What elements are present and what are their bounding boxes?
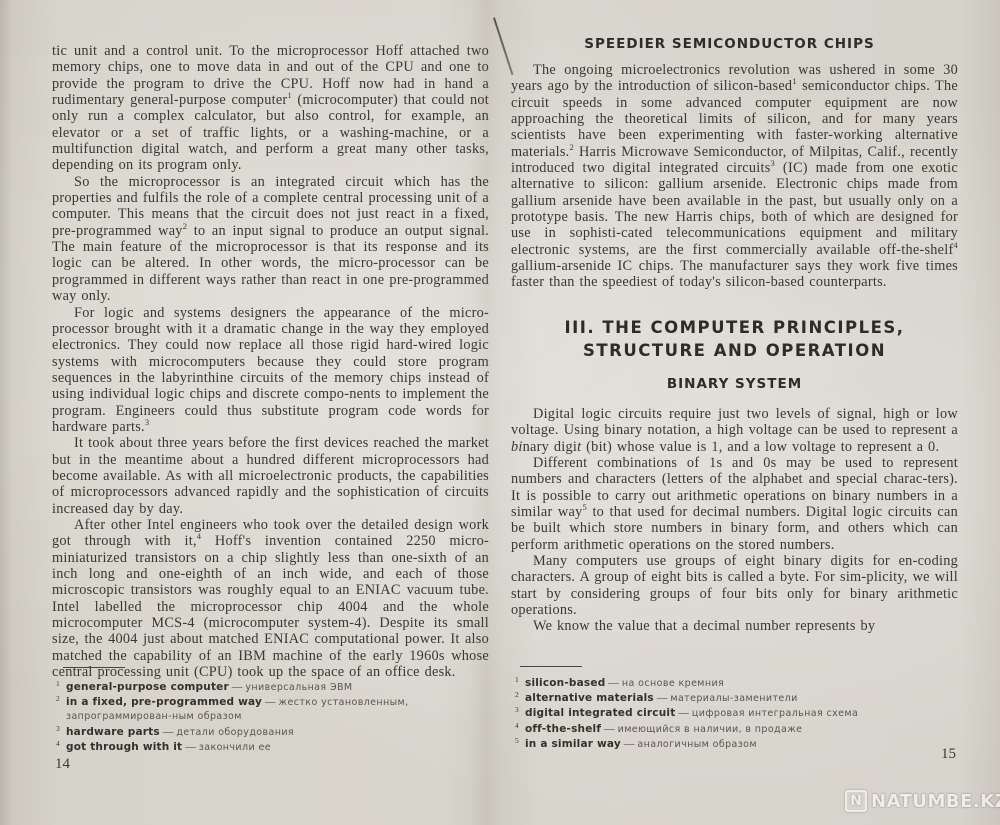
footnote-term: alternative materials: [525, 692, 654, 704]
footnote: 2in a fixed, pre-programmed way—жестко у…: [56, 695, 496, 724]
paragraph: We know the value that a decimal number …: [511, 618, 958, 634]
footnote-term: off-the-shelf: [525, 723, 601, 735]
footnote-term: in a fixed, pre-programmed way: [66, 696, 262, 708]
footnote-number: 1: [56, 677, 60, 691]
text-run: gallium-arsenide IC chips. The manufactu…: [511, 258, 958, 290]
watermark: N NATUMBE.KZ: [845, 788, 1000, 814]
text-run: nary digi: [523, 439, 577, 455]
text-run: Digital logic circuits require just two …: [511, 406, 958, 438]
paragraph: It took about three years before the fir…: [52, 435, 489, 517]
footnote-term: in a similar way: [525, 738, 621, 750]
footnote-reference: 4: [954, 240, 959, 250]
paragraph: So the microprocessor is an integrated c…: [52, 174, 489, 305]
footnote-number: 1: [515, 673, 519, 687]
text-run: For logic and systems designers the appe…: [52, 305, 489, 435]
footnote-term: digital integrated circuit: [525, 707, 675, 719]
footnote: 4off-the-shelf—имеющийся в наличии, в пр…: [515, 722, 955, 737]
footnote-divider: [63, 667, 125, 668]
footnote-number: 5: [515, 734, 519, 748]
right-footnotes: 1silicon-based—на основе кремния2alterna…: [515, 676, 955, 752]
paragraph: Digital logic circuits require just two …: [511, 406, 958, 455]
footnote-dash: —: [163, 727, 174, 738]
footnote-term: general-purpose computer: [66, 681, 229, 693]
footnote: 1silicon-based—на основе кремния: [515, 676, 955, 691]
footnote: 1general-purpose computer—универсальная …: [56, 680, 496, 695]
subsection-body-text: Digital logic circuits require just two …: [511, 406, 958, 635]
book-spread: tic unit and a control unit. To the micr…: [0, 0, 1000, 825]
footnote-term: hardware parts: [66, 726, 160, 738]
footnote-dash: —: [657, 693, 668, 704]
page-number-right: 15: [941, 746, 956, 763]
paragraph: The ongoing microelectronics revolution …: [511, 62, 958, 291]
footnote-dash: —: [232, 682, 243, 693]
footnote-number: 4: [515, 719, 519, 733]
footnote-dash: —: [265, 697, 276, 708]
footnote-dash: —: [604, 724, 615, 735]
text-run: (bit) whose value is 1, and a low voltag…: [581, 439, 939, 455]
footnote-dash: —: [678, 708, 689, 719]
footnote-translation: аналогичным образом: [637, 739, 757, 750]
footnote-translation: имеющийся в наличии, в продаже: [618, 724, 803, 735]
chapter-heading-line-1: III. THE COMPUTER PRINCIPLES,: [511, 316, 958, 339]
text-run: Hoff's invention contained 2250 micro-mi…: [52, 533, 489, 680]
footnote-number: 2: [515, 688, 519, 702]
footnote-divider: [520, 666, 582, 667]
footnote-term: silicon-based: [525, 677, 605, 689]
paragraph: Many computers use groups of eight binar…: [511, 553, 958, 618]
footnote-number: 4: [56, 737, 60, 751]
footnote-number: 3: [515, 703, 519, 717]
section-heading: SPEEDIER SEMICONDUCTOR CHIPS: [511, 36, 948, 52]
footnote-reference: 3: [145, 417, 150, 427]
paragraph: For logic and systems designers the appe…: [52, 305, 489, 436]
footnote-translation: закончили ее: [199, 742, 271, 753]
paragraph: Different combinations of 1s and 0s may …: [511, 455, 958, 553]
italic-text: bi: [511, 439, 523, 455]
text-run: It took about three years before the fir…: [52, 435, 489, 516]
watermark-logo-icon: N: [845, 790, 867, 812]
footnote-translation: цифровая интегральная схема: [692, 708, 858, 719]
chapter-heading: III. THE COMPUTER PRINCIPLES, STRUCTURE …: [511, 316, 958, 362]
subsection-heading: BINARY SYSTEM: [511, 376, 958, 392]
footnote: 5in a similar way—аналогичным образом: [515, 737, 955, 752]
text-run: Many computers use groups of eight binar…: [511, 553, 958, 618]
footnote: 4got through with it—закончили ее: [56, 740, 496, 755]
chapter-heading-line-2: STRUCTURE AND OPERATION: [511, 339, 958, 362]
footnote: 3digital integrated circuit—цифровая инт…: [515, 706, 955, 721]
left-footnotes: 1general-purpose computer—универсальная …: [56, 680, 496, 755]
paragraph: After other Intel engineers who took ove…: [52, 517, 489, 680]
watermark-text: NATUMBE.KZ: [871, 791, 1000, 812]
footnote: 2alternative materials—материалы-заменит…: [515, 691, 955, 706]
footnote-number: 2: [56, 692, 60, 706]
footnote-translation: детали оборудования: [176, 727, 294, 738]
text-run: We know the value that a decimal number …: [533, 618, 875, 634]
page-number-left: 14: [55, 756, 70, 773]
footnote-translation: на основе кремния: [622, 678, 724, 689]
footnote-translation: материалы-заменители: [670, 693, 797, 704]
footnote-dash: —: [624, 739, 635, 750]
footnote-term: got through with it: [66, 741, 182, 753]
footnote-translation: универсальная ЭВМ: [245, 682, 352, 693]
footnote-dash: —: [185, 742, 196, 753]
footnote-number: 3: [56, 722, 60, 736]
footnote: 3hardware parts—детали оборудования: [56, 725, 496, 740]
paragraph: tic unit and a control unit. To the micr…: [52, 43, 489, 174]
section-body-text: The ongoing microelectronics revolution …: [511, 62, 958, 291]
left-body-text: tic unit and a control unit. To the micr…: [52, 43, 489, 680]
footnote-dash: —: [608, 678, 619, 689]
